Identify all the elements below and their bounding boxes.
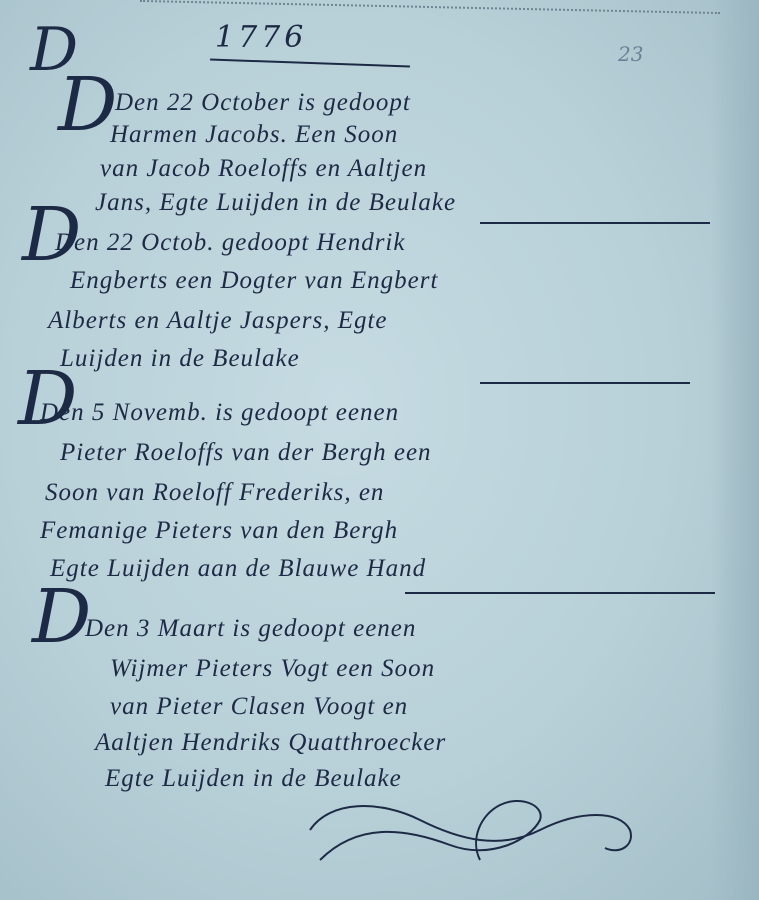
entry-line: Den 22 October is gedoopt [115,90,411,115]
entry-line: Soon van Roeloff Frederiks, en [45,480,384,505]
entry-line: Jans, Egte Luijden in de Beulake [95,190,456,215]
register-page: D 1776 23 D Den 22 October is gedoopt Ha… [0,0,759,900]
entry-line: van Jacob Roeloffs en Aaltjen [100,156,427,181]
entry-line: Luijden in de Beulake [60,346,300,371]
page-number: 23 [618,42,643,66]
year-heading: 1776 [215,20,307,55]
entry-line: Wijmer Pieters Vogt een Soon [110,656,435,681]
entry-line: Harmen Jacobs. Een Soon [110,122,398,147]
closing-flourish-icon [300,790,640,880]
entry-line: Aaltjen Hendriks Quatthroecker [95,730,446,755]
entry-line: Pieter Roeloffs van der Bergh een [60,440,432,465]
year-underline [210,59,410,68]
entry-separator [480,222,710,224]
entry-line: Den 3 Maart is gedoopt eenen [85,616,416,641]
entry-separator-arrow [405,592,715,594]
entry-separator [480,382,690,384]
entry-line: Egte Luijden in de Beulake [105,766,402,791]
entry-line: Den 5 Novemb. is gedoopt eenen [40,400,399,425]
entry-line: Femanige Pieters van den Bergh [40,518,398,543]
entry-initial: D [32,580,91,654]
entry-line: Alberts en Aaltje Jaspers, Egte [48,308,388,333]
entry-initial: D [58,68,117,142]
top-dotted-rule [140,0,720,15]
entry-line: Engberts een Dogter van Engbert [70,268,438,293]
entry-line: van Pieter Clasen Voogt en [110,694,408,719]
entry-line: Den 22 Octob. gedoopt Hendrik [55,230,405,255]
entry-line: Egte Luijden aan de Blauwe Hand [50,556,426,581]
page-edge-shadow [710,0,759,900]
